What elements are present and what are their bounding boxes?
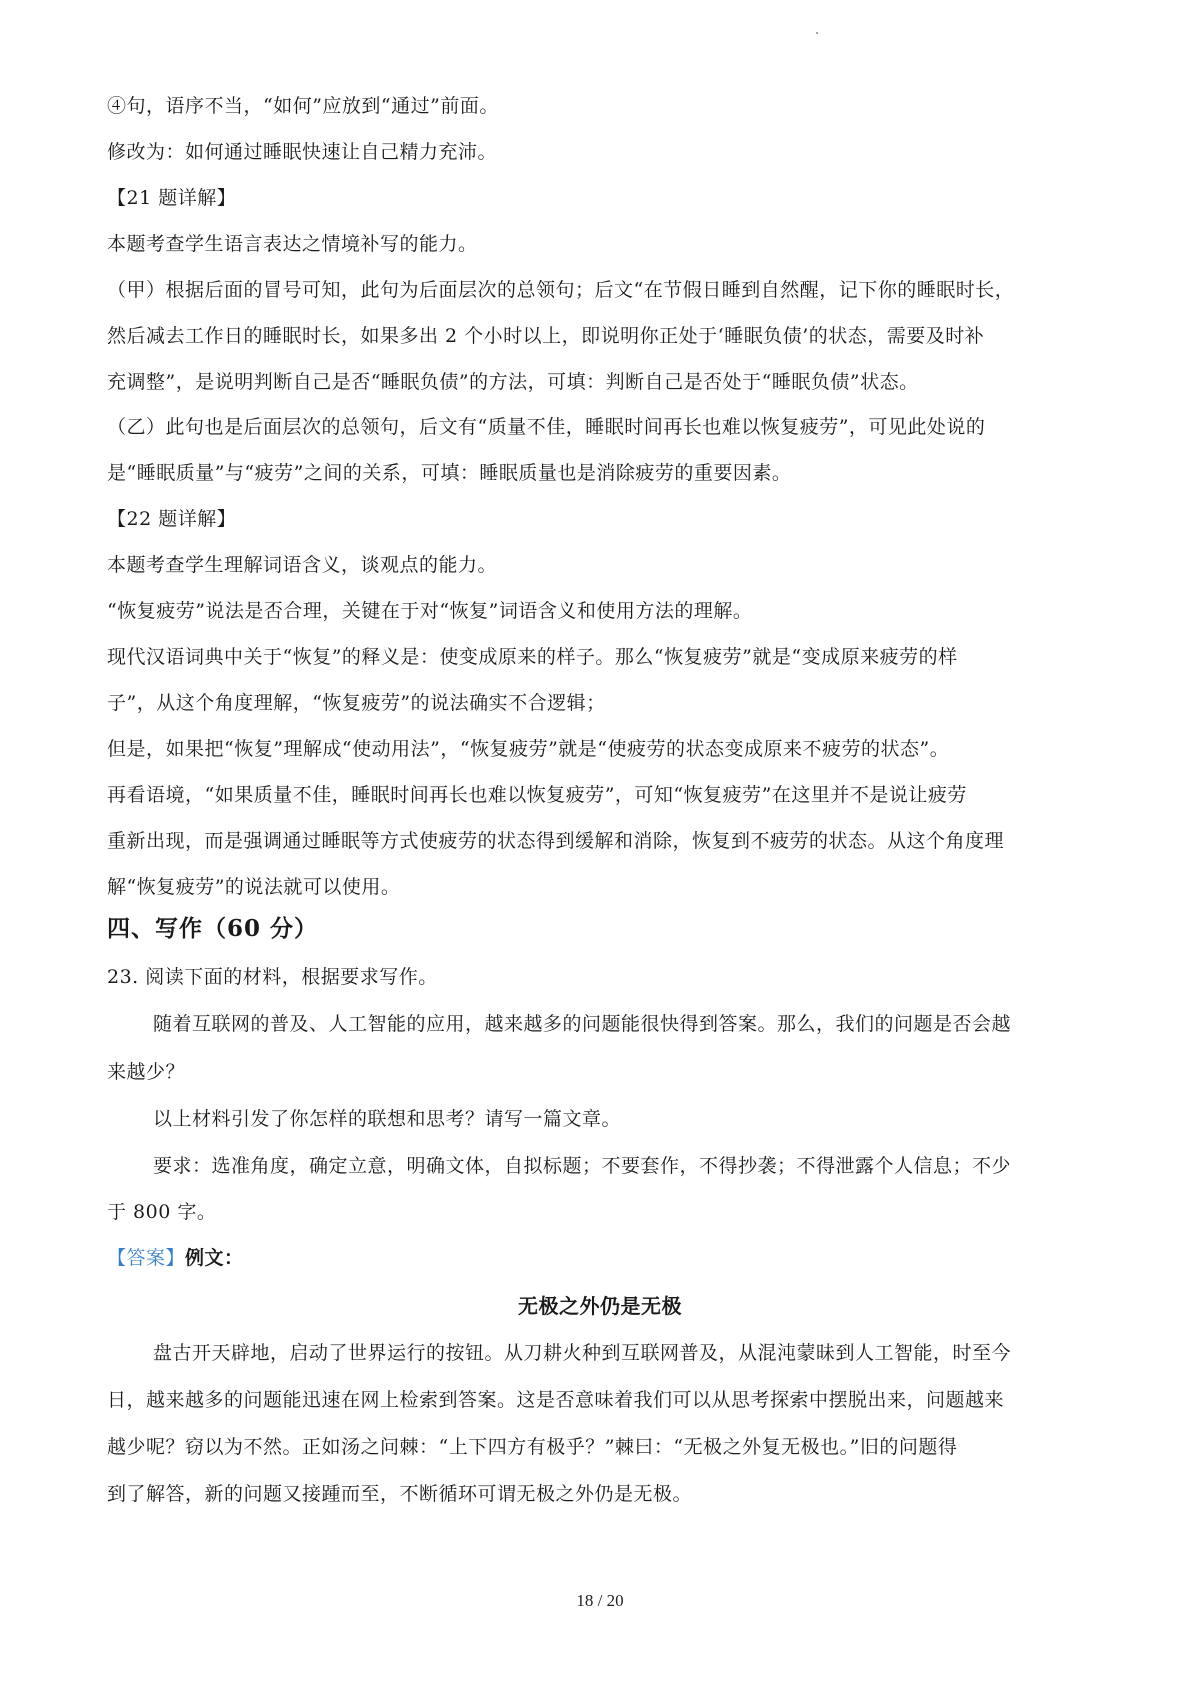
q22-line-2: “恢复疲劳”说法是否合理，关键在于对“恢复”词语含义和使用方法的理解。 (107, 597, 1097, 625)
q23-requirement-line-2: 于 800 字。 (107, 1198, 1097, 1226)
scan-speck (816, 32, 818, 34)
q23-material-line-1: 随着互联网的普及、人工智能的应用，越来越多的问题能很快得到答案。那么，我们的问题… (153, 1010, 1143, 1038)
q21-heading: 【21 题详解】 (107, 184, 1097, 212)
q23-instruction: 以上材料引发了你怎样的联想和思考？请写一篇文章。 (153, 1105, 1143, 1133)
essay-line-2: 日，越来越多的问题能迅速在网上检索到答案。这是否意味着我们可以从思考探索中摆脱出… (107, 1386, 1097, 1414)
q23-material-line-2: 来越少？ (107, 1058, 1097, 1086)
q22-heading: 【22 题详解】 (107, 505, 1097, 533)
page-number: 18 / 20 (0, 1591, 1200, 1611)
answer-tag: 【答案】 (107, 1247, 185, 1269)
q22-line-7: 重新出现，而是强调通过睡眠等方式使疲劳的状态得到缓解和消除，恢复到不疲劳的状态。… (107, 827, 1097, 855)
q21-line-3: 然后减去工作日的睡眠时长，如果多出 2 个小时以上，即说明你正处于‘睡眠负债’的… (107, 322, 1097, 350)
q22-line-3: 现代汉语词典中关于“恢复”的释义是：使变成原来的样子。那么“恢复疲劳”就是“变成… (107, 643, 1097, 671)
answer-row: 【答案】例文： (107, 1244, 1097, 1272)
q22-line-4: 子”，从这个角度理解，“恢复疲劳”的说法确实不合逻辑； (107, 689, 1097, 717)
q20-line-2: 修改为：如何通过睡眠快速让自己精力充沛。 (107, 138, 1097, 166)
q21-line-5: （乙）此句也是后面层次的总领句，后文有“质量不佳，睡眠时间再长也难以恢复疲劳”，… (107, 413, 1097, 441)
q22-line-8: 解“恢复疲劳”的说法就可以使用。 (107, 873, 1097, 901)
q22-line-5: 但是，如果把“恢复”理解成“使动用法”，“恢复疲劳”就是“使疲劳的状态变成原来不… (107, 735, 1097, 763)
section-heading-writing: 四、写作（60 分） (107, 915, 1097, 943)
q22-line-6: 再看语境，“如果质量不佳，睡眠时间再长也难以恢复疲劳”，可知“恢复疲劳”在这里并… (107, 781, 1097, 809)
essay-line-1: 盘古开天辟地，启动了世界运行的按钮。从刀耕火种到互联网普及，从混沌蒙昧到人工智能… (153, 1339, 1143, 1367)
q21-line-6: 是“睡眠质量”与“疲劳”之间的关系，可填：睡眠质量也是消除疲劳的重要因素。 (107, 459, 1097, 487)
q21-line-2: （甲）根据后面的冒号可知，此句为后面层次的总领句；后文“在节假日睡到自然醒，记下… (107, 276, 1097, 304)
q23-prompt: 23. 阅读下面的材料，根据要求写作。 (107, 963, 1097, 991)
answer-label: 例文： (185, 1247, 244, 1269)
q21-line-1: 本题考查学生语言表达之情境补写的能力。 (107, 230, 1097, 258)
q23-requirement-line-1: 要求：选准角度，确定立意，明确文体，自拟标题；不要套作，不得抄袭；不得泄露个人信… (153, 1152, 1143, 1180)
document-page: ④句，语序不当，“如何”应放到“通过”前面。 修改为：如何通过睡眠快速让自己精力… (0, 0, 1200, 1697)
essay-line-4: 到了解答，新的问题又接踵而至，不断循环可谓无极之外仍是无极。 (107, 1480, 1097, 1508)
essay-title: 无极之外仍是无极 (0, 1292, 1200, 1320)
q21-line-4: 充调整”，是说明判断自己是否“睡眠负债”的方法，可填：判断自己是否处于“睡眠负债… (107, 368, 1097, 396)
q20-line-1: ④句，语序不当，“如何”应放到“通过”前面。 (107, 92, 1097, 120)
q22-line-1: 本题考查学生理解词语含义，谈观点的能力。 (107, 551, 1097, 579)
essay-line-3: 越少呢？窃以为不然。正如汤之问棘：“上下四方有极乎？”棘曰：“无极之外复无极也。… (107, 1433, 1097, 1461)
